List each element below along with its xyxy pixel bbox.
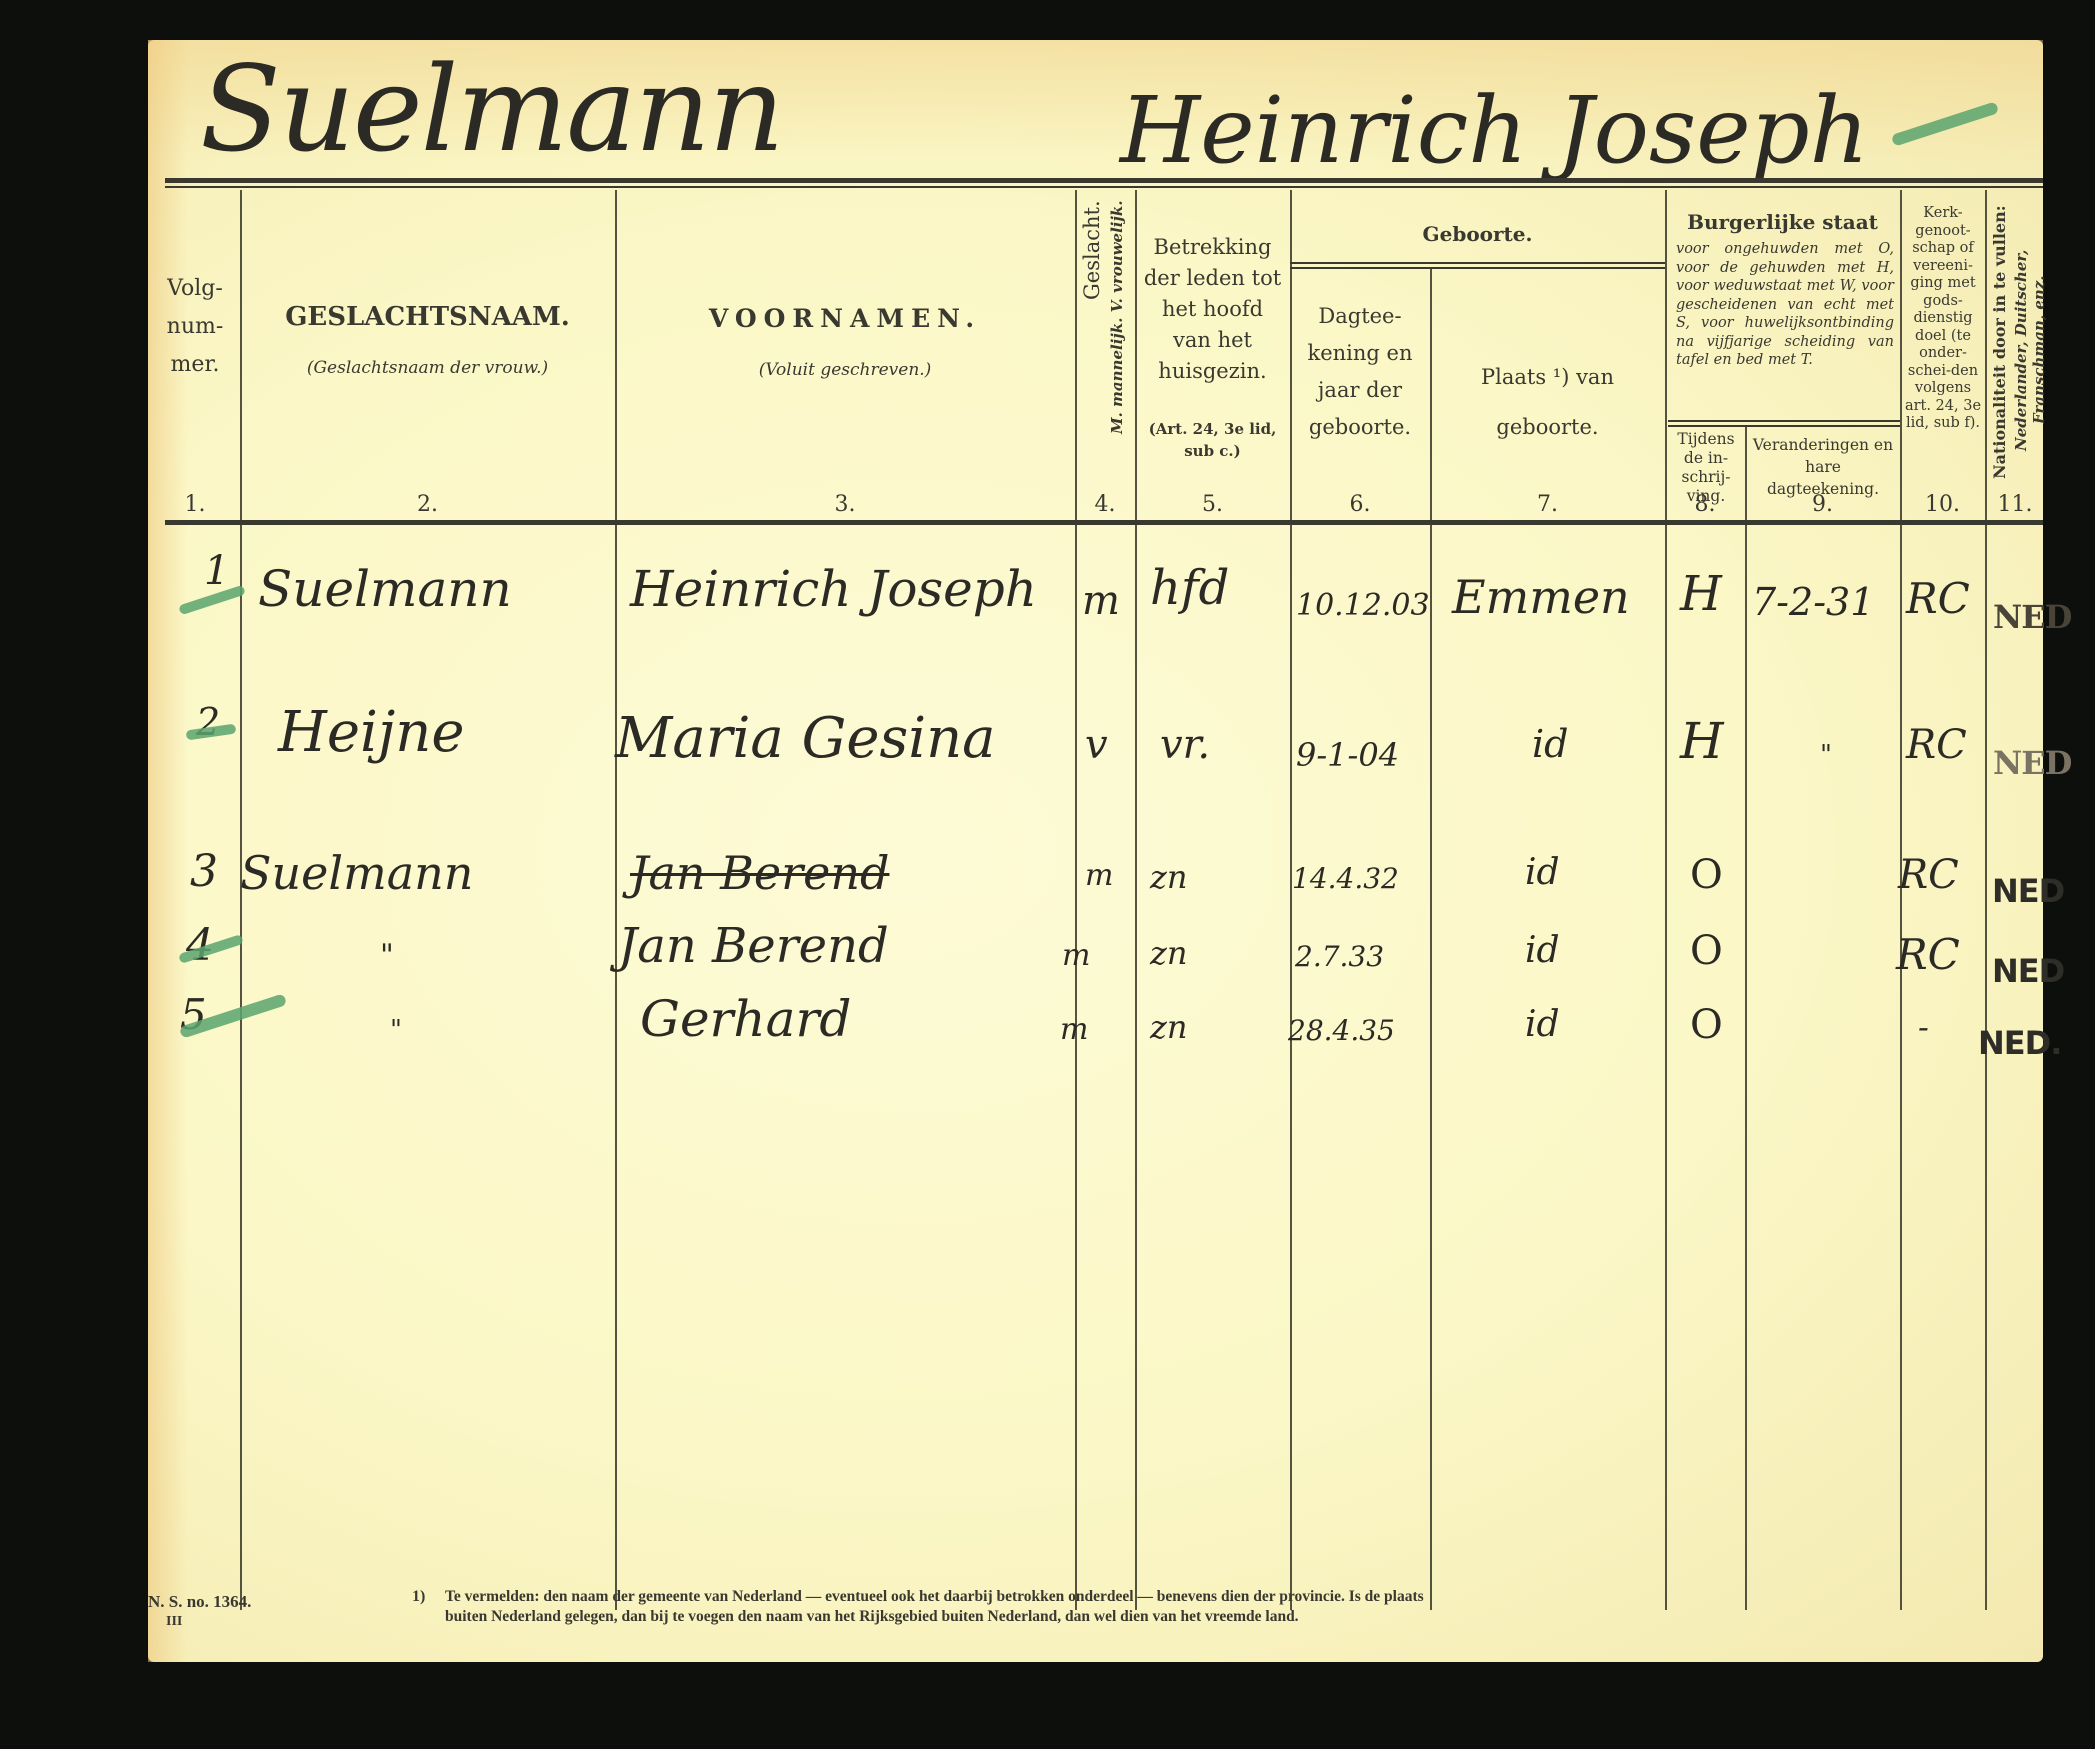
col4-number: 4. bbox=[1075, 492, 1135, 517]
form-sub: III bbox=[166, 1614, 182, 1630]
civil-status-cell: O bbox=[1690, 1002, 1723, 1048]
surname-ditto-cell: " bbox=[380, 938, 394, 973]
col2-number: 2. bbox=[240, 492, 615, 517]
religion-cell: - bbox=[1918, 1008, 1929, 1046]
religion-cell: RC bbox=[1906, 722, 1967, 768]
col11-header: Nationaliteit door in te vullen: bbox=[1990, 205, 2009, 495]
birth-date-cell: 10.12.03 bbox=[1296, 588, 1430, 623]
given-names-cell: Jan Berend bbox=[618, 918, 889, 974]
given-names-cell: Heinrich Joseph bbox=[630, 560, 1037, 618]
col3-number: 3. bbox=[615, 492, 1075, 517]
col-divider-3 bbox=[1075, 190, 1077, 1610]
birth-date-cell: 2.7.33 bbox=[1295, 940, 1384, 973]
col10-header: Kerk-genoot-schap of vereeni-ging met go… bbox=[1904, 205, 1982, 433]
col9-number: 9. bbox=[1745, 492, 1900, 517]
sex-cell: v bbox=[1085, 722, 1108, 768]
col8-number: 8. bbox=[1665, 492, 1745, 517]
civil-status-cell: O bbox=[1690, 852, 1723, 898]
religion-cell: RC bbox=[1906, 574, 1970, 623]
col2-subheader: (Geslachtsnaam der vrouw.) bbox=[240, 358, 615, 378]
given-names-cell: Maria Gesina bbox=[615, 706, 996, 771]
religion-cell: RC bbox=[1896, 930, 1960, 979]
col11-subheader: Nederlander, Duitscher, Franschman, enz. bbox=[2012, 205, 2052, 495]
surname-cell: Heijne bbox=[278, 700, 464, 765]
birth-place-cell: Emmen bbox=[1452, 570, 1630, 624]
relation-cell: zn bbox=[1150, 1008, 1187, 1046]
sex-cell: m bbox=[1085, 858, 1113, 893]
col3-subheader: (Voluit geschreven.) bbox=[615, 360, 1075, 380]
col-divider-9 bbox=[1900, 190, 1902, 1610]
col7-header: Plaats ¹) van geboorte. bbox=[1440, 352, 1655, 452]
nationality-stamp: NED bbox=[1993, 744, 2071, 782]
col-divider-6 bbox=[1430, 268, 1432, 1610]
birth-place-cell: id bbox=[1532, 722, 1568, 766]
row-number: 1 bbox=[204, 548, 229, 594]
birth-place-cell: id bbox=[1525, 930, 1560, 971]
header-bottom-rule bbox=[165, 520, 2043, 525]
given-names-cell: Gerhard bbox=[640, 990, 851, 1048]
geboorte-rule-2 bbox=[1290, 267, 1665, 269]
nationality-stamp: NED. bbox=[1978, 1024, 2061, 1062]
birth-place-cell: id bbox=[1525, 852, 1560, 893]
col11-number: 11. bbox=[1985, 492, 2045, 517]
surname-cell: Suelmann bbox=[240, 846, 473, 900]
card-surname-heading: Suelmann bbox=[200, 50, 783, 168]
footnote-marker: 1) bbox=[412, 1588, 425, 1606]
col6-number: 6. bbox=[1290, 492, 1430, 517]
col3-header: VOORNAMEN. bbox=[615, 304, 1075, 333]
col1-number: 1. bbox=[150, 492, 240, 517]
birth-date-cell: 14.4.32 bbox=[1292, 862, 1399, 895]
col9-header: Veranderingen en hare dagteekening. bbox=[1748, 434, 1898, 500]
relation-cell: vr. bbox=[1160, 722, 1210, 768]
relation-cell: zn bbox=[1150, 858, 1187, 896]
burgerlijke-rule-2 bbox=[1668, 425, 1900, 427]
footnote-line-1: Te vermelden: den naam der gemeente van … bbox=[445, 1588, 1424, 1606]
col-divider-4 bbox=[1135, 190, 1137, 1610]
nationality-stamp: NED bbox=[1993, 598, 2071, 636]
changes-cell: 7-2-31 bbox=[1752, 580, 1874, 624]
col5-header: Betrekking der leden tot het hoofd van h… bbox=[1140, 232, 1285, 387]
civil-status-cell: H bbox=[1680, 566, 1722, 622]
col5-subheader: (Art. 24, 3e lid, sub c.) bbox=[1140, 418, 1285, 462]
sex-cell: m bbox=[1060, 1012, 1088, 1047]
surname-ditto-cell: " bbox=[390, 1015, 402, 1045]
religion-cell: RC bbox=[1898, 852, 1959, 898]
top-rule bbox=[165, 178, 2043, 183]
sex-cell: m bbox=[1062, 938, 1090, 973]
geboorte-group-header: Geboorte. bbox=[1290, 222, 1665, 246]
geboorte-rule bbox=[1290, 262, 1665, 264]
birth-date-cell: 28.4.35 bbox=[1288, 1014, 1395, 1047]
col-divider-1 bbox=[240, 190, 242, 1610]
footnote-line-2: buiten Nederland gelegen, dan bij te voe… bbox=[445, 1608, 1299, 1626]
col-divider-10 bbox=[1985, 190, 1987, 1610]
top-rule-thin bbox=[165, 186, 2043, 188]
civil-status-cell: H bbox=[1680, 712, 1724, 770]
col4-subheader: M. mannelijk. V. vrouwelijk. bbox=[1108, 200, 1126, 485]
col4-header: Geslacht. bbox=[1080, 200, 1104, 485]
card-given-names-heading: Heinrich Joseph bbox=[1120, 85, 1869, 177]
col2-header: GESLACHTSNAAM. bbox=[240, 302, 615, 332]
nationality-stamp: NED bbox=[1992, 872, 2064, 910]
col5-number: 5. bbox=[1135, 492, 1290, 517]
col7-number: 7. bbox=[1430, 492, 1665, 517]
relation-cell: hfd bbox=[1150, 560, 1229, 616]
given-names-cell-struck: Jan Berend bbox=[630, 846, 889, 900]
col10-number: 10. bbox=[1900, 492, 1985, 517]
relation-cell: zn bbox=[1150, 934, 1187, 972]
burgerlijke-staat-note: voor ongehuwden met O, voor de gehuwden … bbox=[1676, 240, 1894, 370]
form-id: N. S. no. 1364. bbox=[148, 1592, 251, 1612]
col-divider-7 bbox=[1665, 190, 1667, 1610]
row-number: 3 bbox=[190, 846, 218, 897]
col6-header: Dagtee-kening en jaar der geboorte. bbox=[1292, 298, 1428, 446]
burgerlijke-staat-header: Burgerlijke staat bbox=[1665, 210, 1900, 234]
surname-cell: Suelmann bbox=[258, 560, 512, 618]
changes-cell: " bbox=[1820, 740, 1832, 770]
col1-header: Volg- num- mer. bbox=[150, 270, 240, 384]
col-divider-8 bbox=[1745, 425, 1747, 1610]
nationality-stamp: NED bbox=[1992, 952, 2064, 990]
burgerlijke-rule bbox=[1668, 420, 1900, 422]
civil-status-cell: O bbox=[1690, 928, 1723, 974]
col-divider-2 bbox=[615, 190, 617, 1610]
sex-cell: m bbox=[1082, 578, 1120, 624]
birth-date-cell: 9-1-04 bbox=[1296, 736, 1399, 774]
birth-place-cell: id bbox=[1525, 1004, 1560, 1045]
